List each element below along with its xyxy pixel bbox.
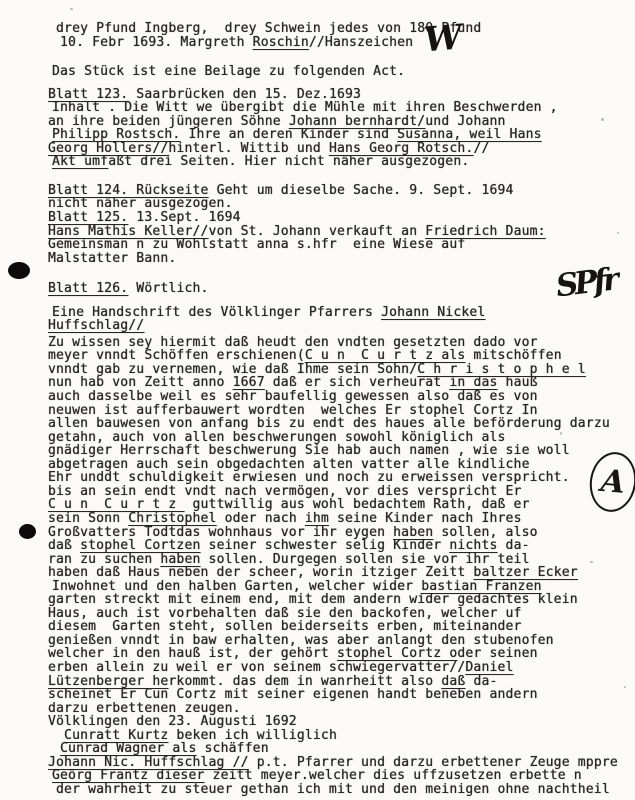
text-line: Ehr unddt schuldigkeit erwiesen und noch…	[48, 471, 628, 485]
text-line: auch dasselbe weil es sehr baufellig gew…	[48, 390, 628, 404]
text-line: Zu wissen sey hiermit daß heudt den vndt…	[48, 336, 628, 350]
scanned-typewritten-page: drey Pfund Ingberg, drey Schwein jedes v…	[0, 0, 635, 800]
underlined-text: Johann Nickel	[381, 305, 485, 320]
typed-text: Das Stück ist eine Beilage zu folgenden …	[52, 64, 405, 79]
typed-text: Geht um dieselbe Sache. 9. Sept. 1694	[209, 183, 514, 198]
text-line: Georg Hollers//hinterl. Wittib und Hans …	[48, 142, 628, 156]
text-line: Inhalt . Die Witt we übergibt die Mühle …	[48, 101, 628, 115]
text-line: Das Stück ist eine Beilage zu folgenden …	[48, 65, 628, 79]
text-line: Großvatters Todtdas wohnhaus vor ihr eyg…	[48, 526, 628, 540]
scan-speck	[560, 432, 562, 435]
paragraph-block: drey Pfund Ingberg, drey Schwein jedes v…	[48, 22, 628, 49]
text-line: getahn, auch von allen beschwerungen sow…	[48, 431, 628, 445]
text-line: 10. Febr 1693. Margreth Roschin//Hanszei…	[48, 36, 628, 50]
text-line: abgetragen auch sein obgedachten alten v…	[48, 458, 628, 472]
text-line: C u n C u r t z guttwillig aus wohl beda…	[48, 498, 628, 512]
text-line: erben allein zu weil er von seinem schwi…	[48, 661, 628, 675]
scan-speck	[70, 8, 73, 10]
text-line: der wahrheit zu steuer gethan ich mit un…	[48, 783, 628, 797]
text-line: Huffschlag//	[48, 319, 628, 333]
text-line: Blatt 124. Rückseite Geht um dieselbe Sa…	[48, 184, 628, 198]
text-line: vnndt gab zu vernemen, wie daß Ihme sein…	[48, 363, 628, 377]
hole-punch-dot	[8, 262, 30, 279]
underlined-text: Akt umf	[52, 154, 108, 169]
paragraph-block: Eine Handschrift des Völklinger Pfarrers…	[48, 306, 628, 333]
text-line: meyer vnndt Schöffen erschienen(C u n C …	[48, 349, 628, 363]
text-line: diesem Garten steht, sollen beiderseits …	[48, 620, 628, 634]
circled-letter-text: A	[599, 463, 626, 501]
text-line: Akt umfaßt drei Seiten. Hier nicht näher…	[48, 155, 628, 169]
typed-text: 10. Febr 1693. Margreth	[60, 35, 253, 50]
text-line: Philipp Rostsch. Ihre an deren Kinder si…	[48, 128, 628, 142]
scan-speck	[601, 118, 604, 121]
text-line: darzu erbettenen zeugen.	[48, 702, 628, 716]
text-line: Hans Mathis Keller//von St. Johann verka…	[48, 225, 628, 239]
underlined-text: Roschin	[253, 35, 309, 50]
text-line: garten streckt mit einem end, mit dem an…	[48, 593, 628, 607]
text-line: Gemeinsman n zu Wohlstatt anna s.hfr ein…	[48, 238, 628, 252]
typed-text: //Hanszeichen	[309, 35, 413, 50]
text-line: Blatt 126. Wörtlich.	[48, 282, 628, 296]
typed-text: aßt drei Seiten. Hier nicht näher ausgez…	[108, 154, 469, 169]
text-line: Inwohnet und den halben Garten, welcher …	[48, 580, 628, 594]
typed-text: Malstatter Bann.	[48, 251, 176, 266]
text-line: Cunratt Kurtz beken ich williglich	[48, 729, 628, 743]
text-line: nun hab von Zeitt anno 1667 daß er sich …	[48, 376, 628, 390]
document-text-body: drey Pfund Ingberg, drey Schwein jedes v…	[48, 0, 628, 796]
hole-punch-dot	[19, 524, 36, 539]
text-line: scheinet Er Cun Cortz mit seiner eigenen…	[48, 688, 628, 702]
text-line: ran zu suchen haben sollen. Durgegen sol…	[48, 553, 628, 567]
underlined-text: Blatt 126.	[48, 281, 128, 296]
text-line: Blatt 125. 13.Sept. 1694	[48, 211, 628, 225]
text-line: daß stophel Cortzen seiner schwester sel…	[48, 539, 628, 553]
scan-speck	[624, 686, 626, 688]
text-line: Völklingen den 23. Augusti 1692	[48, 715, 628, 729]
text-line: genießen vnndt in baw erhalten, was aber…	[48, 634, 628, 648]
text-line: Blatt 123. Saarbrücken den 15. Dez.1693	[48, 88, 628, 102]
paragraph-block: Das Stück ist eine Beilage zu folgenden …	[48, 65, 628, 79]
typed-text: //	[473, 141, 489, 156]
text-line: haben daß Haus neben der scheer, worin i…	[48, 566, 628, 580]
text-line: Geörg Frantz dieser zeitt meyer.welcher …	[48, 769, 628, 783]
margin-signature-mark: SPfr	[554, 264, 617, 302]
text-line: neuwen ist aufferbauwert wordten welches…	[48, 404, 628, 418]
paragraph-block: Blatt 124. Rückseite Geht um dieselbe Sa…	[48, 184, 628, 265]
typed-text: der wahrheit zu steuer gethan ich mit un…	[56, 782, 610, 797]
typed-text: Wörtlich.	[128, 281, 208, 296]
paragraph-block: Zu wissen sey hiermit daß heudt den vndt…	[48, 336, 628, 797]
paragraph-block: Blatt 126. Wörtlich.	[48, 282, 628, 296]
text-line: bis an sein endt vndt nach vermögen, vor…	[48, 485, 628, 499]
paragraph-block: Blatt 123. Saarbrücken den 15. Dez.1693I…	[48, 88, 628, 169]
hanszeichen-w-mark: W	[423, 20, 462, 57]
text-line: nicht näher ausgezogen.	[48, 197, 628, 211]
text-line: Lützenberger herkommt. das dem in wanrhe…	[48, 675, 628, 689]
text-line: welcher in den hauß ist, der gehört stop…	[48, 647, 628, 661]
scan-speck	[617, 232, 619, 234]
text-line: Haus, auch ist vorbehalten daß sie den b…	[48, 607, 628, 621]
text-line: gnädiger Herrschaft beschwerung Sie hab …	[48, 444, 628, 458]
underlined-text: Huffschlag//	[48, 318, 144, 333]
text-line: Cunrad Wagner als schäffen	[48, 742, 628, 756]
text-line: Malstatter Bann.	[48, 252, 628, 266]
text-line: Johann Nic. Huffschlag // p.t. Pfarrer u…	[48, 756, 628, 770]
text-line: allen bauwesen von anfang bis zu endt de…	[48, 417, 628, 431]
scan-speck	[590, 561, 593, 563]
text-line: an ihre beiden jüngeren Söhne Johann ber…	[48, 115, 628, 129]
text-line: sein Sonn Christophel oder nach ihm sein…	[48, 512, 628, 526]
text-line: drey Pfund Ingberg, drey Schwein jedes v…	[48, 22, 628, 36]
text-line: Eine Handschrift des Völklinger Pfarrers…	[48, 306, 628, 320]
